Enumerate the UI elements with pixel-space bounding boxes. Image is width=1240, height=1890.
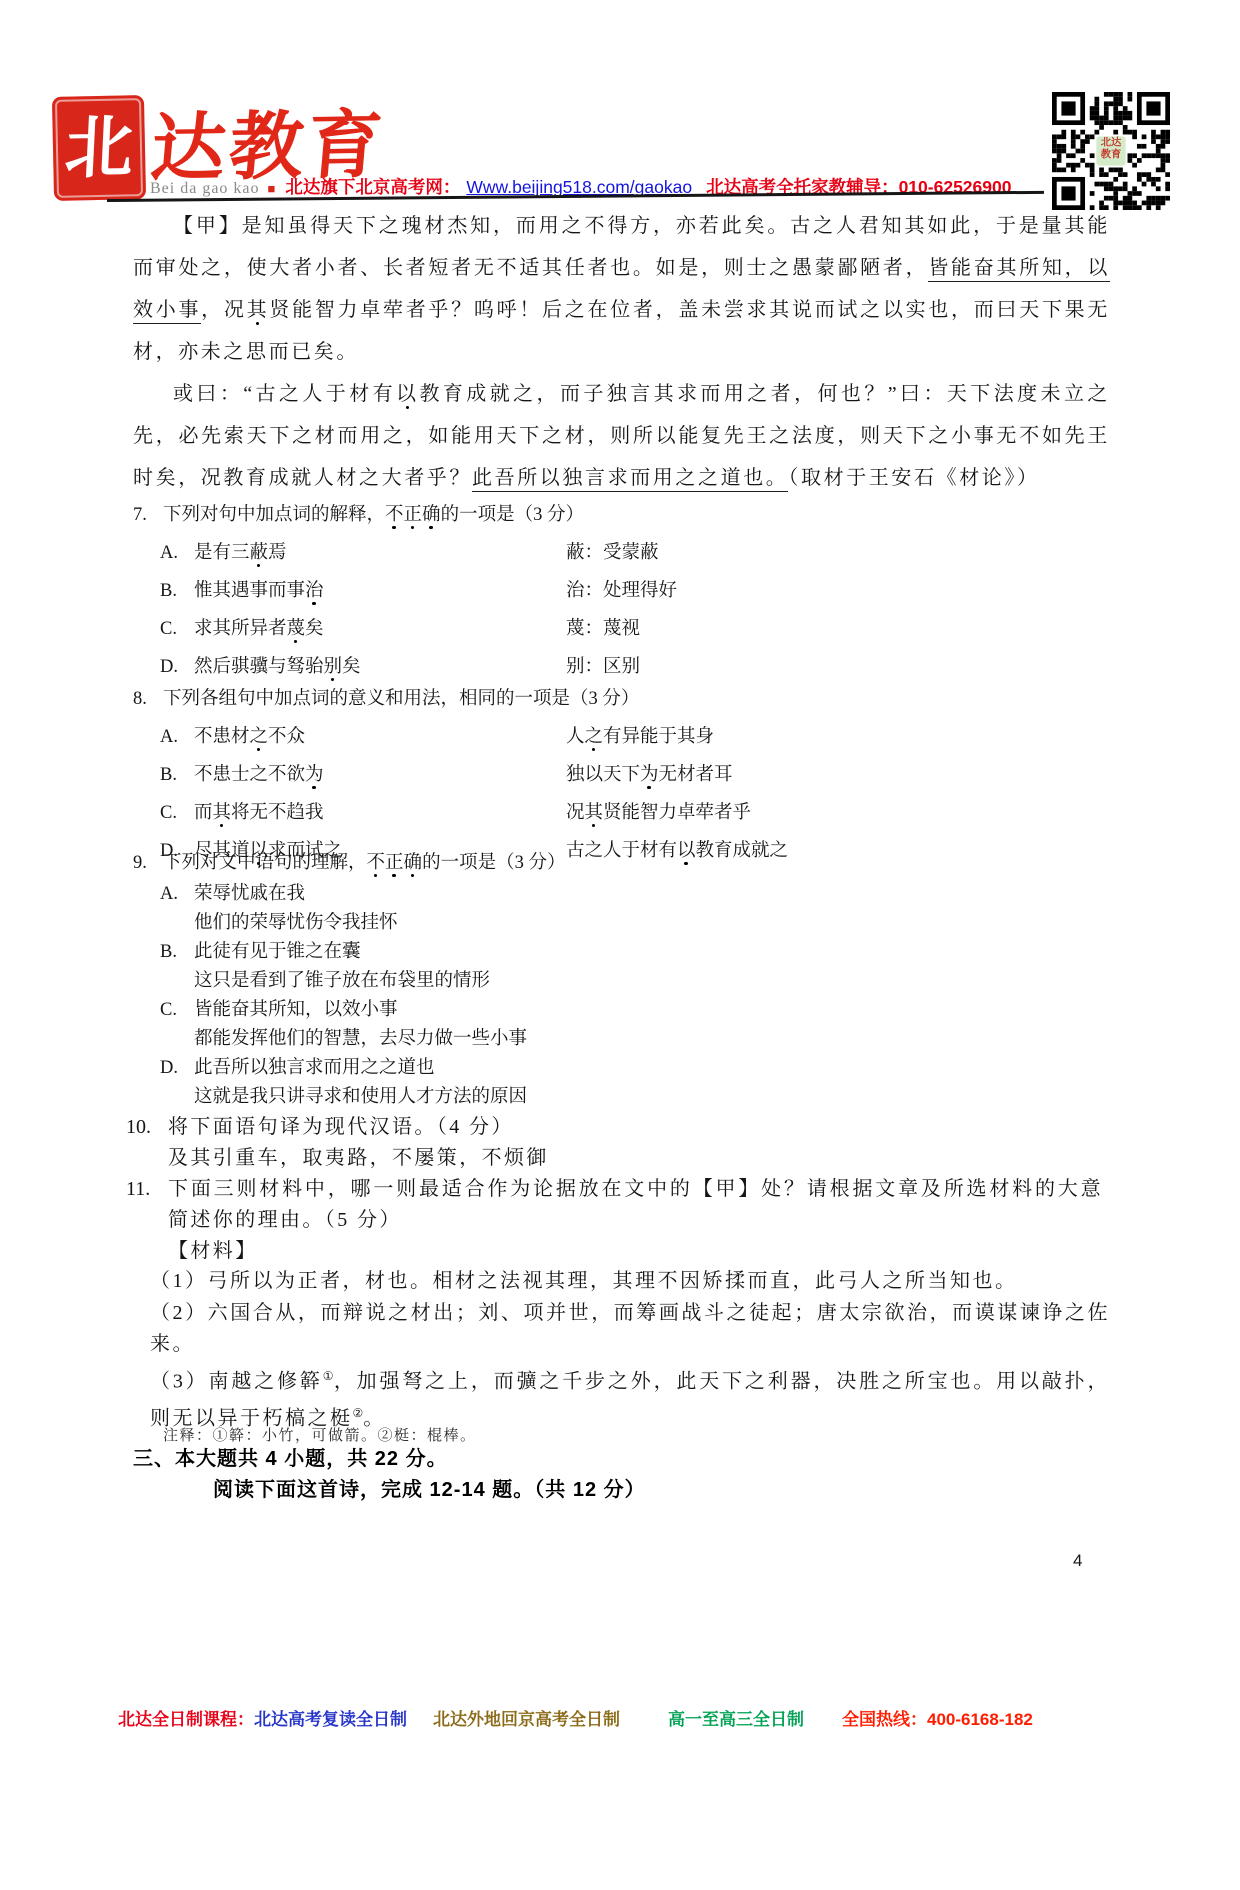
option-quote: 皆能奋其所知，以效小事 (194, 996, 398, 1025)
emphasized-char: 不 (367, 853, 386, 873)
emphasized-char: 别 (324, 657, 343, 677)
text-run: （3）南越之修簳 (150, 1370, 323, 1392)
emphasized-char: 正 (404, 505, 423, 525)
text-run: 下列各组句中加点词的意义和用法，相同的一项是（3 分） (163, 689, 639, 709)
option-label: A. (160, 534, 194, 572)
text-run: 的一项是（3 分） (441, 505, 584, 525)
question-11: 11. 下面三则材料中，哪一则最适合作为论据放在文中的【甲】处？请根据文章及所选… (126, 1174, 1126, 1267)
emphasized-char: 其 (213, 803, 232, 823)
option-quote: 此徒有见于锥之在囊 (194, 938, 361, 967)
text-run: 下列对文中语句的理解， (163, 853, 367, 873)
footer-item: 北达高考复读全日制 (254, 1705, 407, 1730)
emphasized-char: 为 (640, 765, 659, 785)
question-stem: 下列各组句中加点词的意义和用法，相同的一项是（3 分） (163, 680, 639, 718)
option-label: B. (160, 572, 194, 610)
option-quote-left: 而其将无不趋我 (194, 794, 566, 832)
text-run: 下列对句中加点词的解释， (163, 505, 385, 525)
question-8: 8. 下列各组句中加点词的意义和用法，相同的一项是（3 分） A.不患材之不众人… (133, 680, 1128, 870)
option-quote-line: A.荣辱忧戚在我 (133, 880, 1128, 909)
option-quote-left: 不患材之不众 (194, 718, 566, 756)
qr-center-label: 教育 (1100, 148, 1122, 161)
question-stem: 下列对句中加点词的解释，不正确的一项是（3 分） (163, 496, 584, 534)
question-options: A.荣辱忧戚在我他们的荣辱忧伤令我挂怀B.此徒有见于锥之在囊这只是看到了锥子放在… (133, 880, 1128, 1112)
footer-item: 北达全日制课程： (118, 1705, 254, 1730)
option-gloss-right: 况其贤能智力卓荦者乎 (566, 794, 751, 832)
option-gloss-right: 人之有异能于其身 (566, 718, 714, 756)
option-quote-left: 求其所异者蔑矣 (194, 610, 566, 648)
text-run: 的一项是（3 分） (422, 853, 565, 873)
text-run: 别：区别 (566, 657, 640, 677)
material-item-1: （1）弓所以为正者，材也。相材之法视其理，其理不因矫揉而直，此弓人之所当知也。 (150, 1266, 1110, 1298)
option-gloss-right: 独以天下为无材者耳 (566, 756, 733, 794)
text-run: 无材者耳 (659, 765, 733, 785)
passage-paragraph-2: 或曰：“古之人于材有以教育成就之，而子独言其求而用之者，何也？”曰：天下法度未立… (133, 373, 1110, 499)
page-number: 4 (1073, 1551, 1082, 1571)
passage-jia: 【甲】是知虽得天下之瑰材杰知，而用之不得方，亦若此矣。古之人君知其如此，于是量其… (133, 205, 1110, 499)
question-stem: 下列对文中语句的理解，不正确的一项是（3 分） (163, 846, 565, 880)
section-three-subtitle: 阅读下面这首诗，完成 12-14 题。（共 12 分） (133, 1475, 646, 1506)
materials-list: （1）弓所以为正者，材也。相材之法视其理，其理不因矫揉而直，此弓人之所当知也。 … (150, 1266, 1110, 1435)
emphasized-char: 以 (396, 383, 419, 405)
qr-code: 北达教育 (1052, 92, 1170, 210)
text-run: 是有三 (194, 543, 250, 563)
footer-item: 北达外地回京高考全日制 (433, 1705, 620, 1730)
section-three-heading: 三、本大题共 4 小题，共 22 分。 阅读下面这首诗，完成 12-14 题。（… (133, 1444, 646, 1506)
option-gloss-right: 蔽：受蒙蔽 (566, 534, 659, 572)
emphasized-char: 蔑 (287, 619, 306, 639)
footer-item: 高一至高三全日制 (668, 1705, 804, 1730)
option-translation: 这只是看到了锥子放在布袋里的情形 (133, 967, 1128, 996)
logo-seal-char: 北 (63, 113, 134, 183)
exam-page: 北 达教育 Bei da gao kao ■ 北达旗下北京高考网： Www.be… (0, 0, 1240, 1890)
emphasized-char: 不 (385, 505, 404, 525)
question-number: 8. (133, 680, 163, 718)
text-run: 贤能智力卓荦者乎 (603, 803, 751, 823)
qr-center-label: 北达 (1101, 135, 1122, 148)
option-B: B.不患士之不欲为独以天下为无材者耳 (133, 756, 1128, 794)
passage-paragraph-1: 【甲】是知虽得天下之瑰材杰知，而用之不得方，亦若此矣。古之人君知其如此，于是量其… (133, 205, 1110, 373)
question-number: 7. (133, 496, 163, 534)
option-quote-line: B.此徒有见于锥之在囊 (133, 938, 1128, 967)
superscript-ref: ① (323, 1369, 334, 1383)
option-gloss-right: 治：处理得好 (566, 572, 677, 610)
text-run: 求其所异者 (194, 619, 287, 639)
option-translation: 这就是我只讲寻求和使用人才方法的原因 (133, 1083, 1128, 1112)
option-gloss-right: 蔑：蔑视 (566, 610, 640, 648)
option-translation: 都能发挥他们的智慧，去尽力做一些小事 (133, 1025, 1128, 1054)
text-run: （1）弓所以为正者，材也。相材之法视其理，其理不因矫揉而直，此弓人之所当知也。 (150, 1270, 1018, 1292)
logo-seal: 北 (52, 95, 146, 201)
option-label: C. (160, 610, 194, 648)
section-three-title: 三、本大题共 4 小题，共 22 分。 (133, 1444, 646, 1475)
emphasized-char: 确 (422, 505, 441, 525)
option-A: A.不患材之不众人之有异能于其身 (133, 718, 1128, 756)
option-quote-left: 不患士之不欲为 (194, 756, 566, 794)
emphasized-char: 治 (305, 581, 324, 601)
option-C: C.皆能奋其所知，以效小事都能发挥他们的智慧，去尽力做一些小事 (133, 996, 1128, 1054)
text-run: （取材于王安石《材论》） (788, 467, 1039, 489)
option-C: C.而其将无不趋我况其贤能智力卓荦者乎 (133, 794, 1128, 832)
text-run: 况 (566, 803, 585, 823)
text-run: 蔽：受蒙蔽 (566, 543, 659, 563)
option-label: B. (160, 756, 194, 794)
option-C: C.求其所异者蔑矣蔑：蔑视 (133, 610, 1128, 648)
option-quote-left: 是有三蔽焉 (194, 534, 566, 572)
option-A: A.荣辱忧戚在我他们的荣辱忧伤令我挂怀 (133, 880, 1128, 938)
text-run: 不患士之不欲 (194, 765, 305, 785)
emphasized-char: 其 (585, 803, 604, 823)
question-9: 9. 下列对文中语句的理解，不正确的一项是（3 分） A.荣辱忧戚在我他们的荣辱… (133, 846, 1128, 1112)
text-run: 独以天下 (566, 765, 640, 785)
text-run: 人 (566, 727, 585, 747)
option-label: B. (160, 938, 194, 967)
text-run: （2）六国合从，而辩说之材出；刘、项并世，而筹画战斗之徒起；唐太宗欲治，而谟谋谏… (150, 1302, 1110, 1356)
emphasized-char: 之 (585, 727, 604, 747)
text-run: 皆能奋其所知，以效小事 (194, 1000, 398, 1020)
text-run: 不众 (268, 727, 305, 747)
emphasized-char: 确 (404, 853, 423, 873)
text-run: 矣 (342, 657, 361, 677)
option-label: D. (160, 1054, 194, 1083)
brand-square-icon: ■ (268, 181, 276, 197)
text-run: 然后骐骥与驽骀 (194, 657, 324, 677)
emphasized-char: 正 (385, 853, 404, 873)
option-label: C. (160, 996, 194, 1025)
footnote: 注释：①簳：小竹，可做箭。②梃：棍棒。 (163, 1424, 477, 1445)
text-run: 荣辱忧戚在我 (194, 884, 305, 904)
question-7: 7. 下列对句中加点词的解释，不正确的一项是（3 分） A.是有三蔽焉蔽：受蒙蔽… (133, 496, 1128, 686)
emphasized-char: 其 (247, 299, 270, 321)
material-item-2: （2）六国合从，而辩说之材出；刘、项并世，而筹画战斗之徒起；唐太宗欲治，而谟谋谏… (150, 1298, 1110, 1361)
underlined-text: 此吾所以独言求而用之之道也。 (472, 467, 788, 492)
text-run: 焉 (268, 543, 287, 563)
emphasized-char: 蔽 (250, 543, 269, 563)
question-stem: 下面三则材料中，哪一则最适合作为论据放在文中的【甲】处？请根据文章及所选材料的大… (168, 1174, 1103, 1236)
option-quote: 荣辱忧戚在我 (194, 880, 305, 909)
text-run: 治：处理得好 (566, 581, 677, 601)
text-run: 惟其遇事而事 (194, 581, 305, 601)
option-B: B.惟其遇事而事治治：处理得好 (133, 572, 1128, 610)
materials-heading: 【材料】 (126, 1236, 1126, 1267)
option-label: A. (160, 718, 194, 756)
option-quote: 此吾所以独言求而用之之道也 (194, 1054, 435, 1083)
question-stem: 将下面语句译为现代汉语。（4 分） (168, 1112, 1103, 1143)
text-run: 不患材 (194, 727, 250, 747)
text-run: 此徒有见于锥之在囊 (194, 942, 361, 962)
text-run: 有异能于其身 (603, 727, 714, 747)
text-run: 贤能智力卓荦者乎？呜呼！后之在位者，盖未尝求其说而试之以实也，而曰天下果无材，亦… (133, 299, 1110, 363)
translation-source-sentence: 及其引重车，取夷路，不屡策，不烦御 (126, 1143, 1126, 1174)
footer-courses: 北达全日制课程：北达高考复读全日制北达外地回京高考全日制高一至高三全日制全国热线… (118, 1705, 1033, 1730)
logo-pinyin: Bei da gao kao (150, 180, 260, 198)
text-run: 蔑：蔑视 (566, 619, 640, 639)
question-options: A.是有三蔽焉蔽：受蒙蔽B.惟其遇事而事治治：处理得好C.求其所异者蔑矣蔑：蔑视… (133, 534, 1128, 686)
option-D: D.此吾所以独言求而用之之道也这就是我只讲寻求和使用人才方法的原因 (133, 1054, 1128, 1112)
option-A: A.是有三蔽焉蔽：受蒙蔽 (133, 534, 1128, 572)
text-run: 或曰：“古之人于材有 (173, 383, 396, 405)
question-10: 10. 将下面语句译为现代汉语。（4 分） 及其引重车，取夷路，不屡策，不烦御 (126, 1112, 1126, 1174)
emphasized-char: 为 (305, 765, 324, 785)
emphasized-char: 之 (250, 727, 269, 747)
option-label: A. (160, 880, 194, 909)
text-run: 而 (194, 803, 213, 823)
option-translation: 他们的荣辱忧伤令我挂怀 (133, 909, 1128, 938)
option-B: B.此徒有见于锥之在囊这只是看到了锥子放在布袋里的情形 (133, 938, 1128, 996)
text-run: 矣 (305, 619, 324, 639)
text-run: 此吾所以独言求而用之之道也 (194, 1058, 435, 1078)
footer-item: 全国热线：400-6168-182 (842, 1705, 1033, 1730)
option-quote-line: D.此吾所以独言求而用之之道也 (133, 1054, 1128, 1083)
text-run: 将无不趋我 (231, 803, 324, 823)
question-number: 11. (126, 1174, 168, 1236)
option-label: C. (160, 794, 194, 832)
text-run: ，况 (201, 299, 246, 321)
option-quote-line: C.皆能奋其所知，以效小事 (133, 996, 1128, 1025)
question-number: 10. (126, 1112, 168, 1143)
option-quote-left: 惟其遇事而事治 (194, 572, 566, 610)
question-number: 9. (133, 846, 163, 880)
superscript-ref: ② (353, 1406, 364, 1420)
